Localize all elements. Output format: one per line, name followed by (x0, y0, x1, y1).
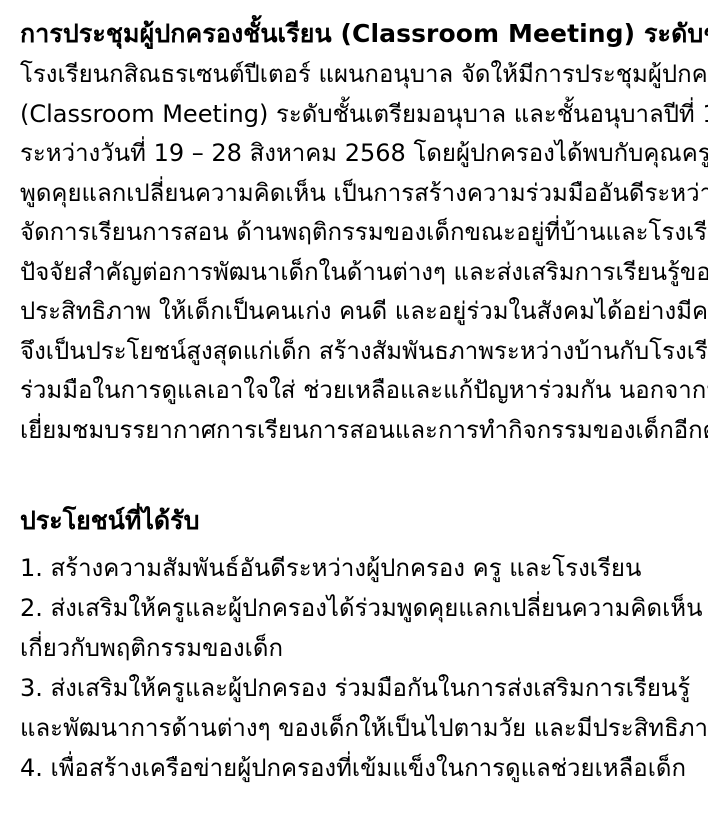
intro-paragraph: โรงเรียนกสิณธรเซนต์ปีเตอร์ แผนกอนุบาล จั… (20, 55, 690, 450)
benefit-line: 1. สร้างความสัมพันธ์อันดีระหว่างผู้ปกครอ… (20, 548, 690, 588)
paragraph-line: (Classroom Meeting) ระดับชั้นเตรียมอนุบา… (20, 95, 690, 135)
document-title: การประชุมผู้ปกครองชั้นเรียน (Classroom M… (20, 14, 690, 54)
paragraph-line: ประสิทธิภาพ ให้เด็กเป็นคนเก่ง คนดี และอย… (20, 292, 690, 332)
benefit-line: และพัฒนาการด้านต่างๆ ของเด็กให้เป็นไปตาม… (20, 708, 690, 748)
paragraph-line: พูดคุยแลกเปลี่ยนความคิดเห็น เป็นการสร้าง… (20, 174, 690, 214)
paragraph-line: ร่วมมือในการดูแลเอาใจใส่ ช่วยเหลือและแก้… (20, 371, 690, 411)
benefit-line: 4. เพื่อสร้างเครือข่ายผู้ปกครองที่เข้มแข… (20, 748, 690, 788)
benefit-line: 2. ส่งเสริมให้ครูและผู้ปกครองได้ร่วมพูดค… (20, 588, 690, 628)
benefit-line: เกี่ยวกับพฤติกรรมของเด็ก (20, 628, 690, 668)
benefits-list: 1. สร้างความสัมพันธ์อันดีระหว่างผู้ปกครอ… (20, 548, 690, 788)
section-gap (20, 450, 690, 500)
paragraph-line: ปัจจัยสำคัญต่อการพัฒนาเด็กในด้านต่างๆ แล… (20, 253, 690, 293)
benefit-line: 3. ส่งเสริมให้ครูและผู้ปกครอง ร่วมมือกัน… (20, 668, 690, 708)
paragraph-line: จึงเป็นประโยชน์สูงสุดแก่เด็ก สร้างสัมพัน… (20, 332, 690, 372)
paragraph-line: โรงเรียนกสิณธรเซนต์ปีเตอร์ แผนกอนุบาล จั… (20, 55, 690, 95)
benefits-heading: ประโยชน์ที่ได้รับ (20, 500, 690, 542)
paragraph-line: ระหว่างวันที่ 19 – 28 สิงหาคม 2568 โดยผู… (20, 134, 690, 174)
paragraph-line: เยี่ยมชมบรรยากาศการเรียนการสอนและการทำกิ… (20, 411, 690, 451)
paragraph-line: จัดการเรียนการสอน ด้านพฤติกรรมของเด็กขณะ… (20, 213, 690, 253)
document-page: การประชุมผู้ปกครองชั้นเรียน (Classroom M… (0, 0, 708, 821)
